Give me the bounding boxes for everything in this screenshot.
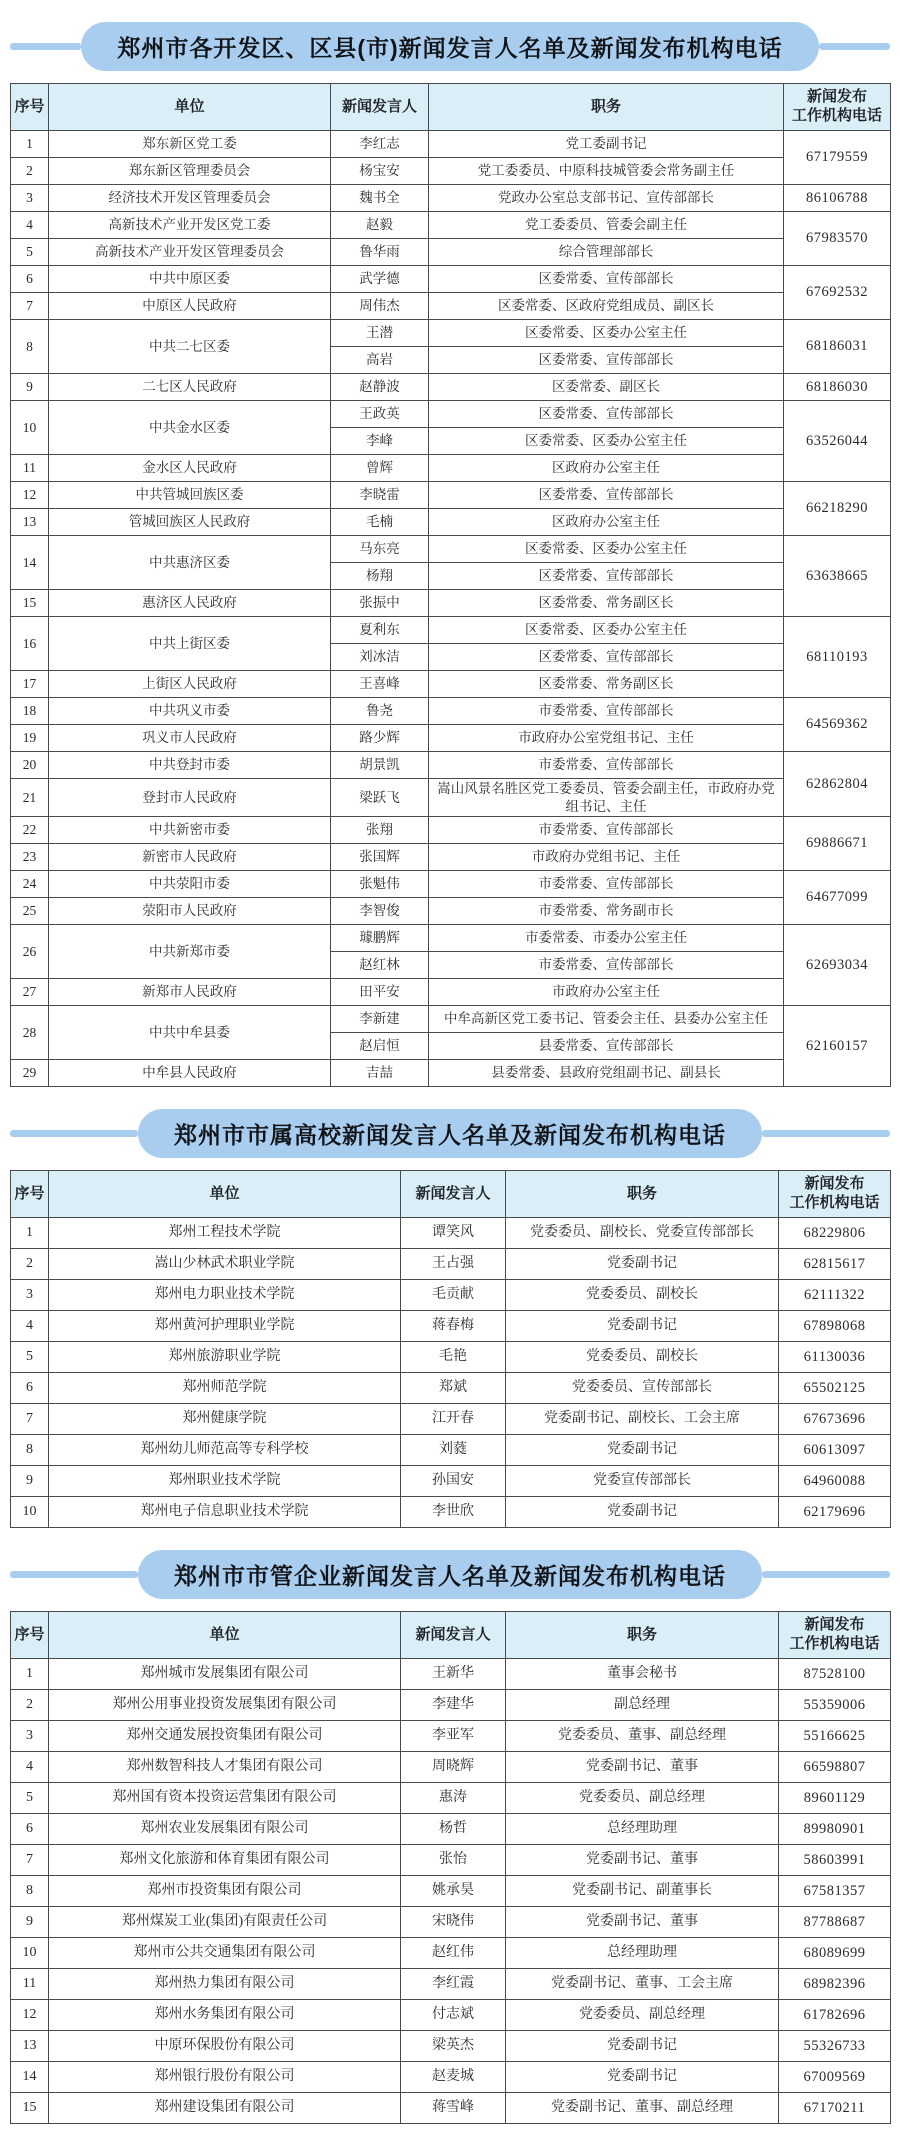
table-row: 3经济技术开发区管理委员会魏书全党政办公室总支部书记、宣传部部长86106788 (11, 185, 891, 212)
unit-cell: 郑州黄河护理职业学院 (49, 1311, 401, 1342)
unit-cell: 中共惠济区委 (49, 536, 331, 590)
table-row: 14郑州银行股份有限公司赵麦城党委副书记67009569 (11, 2062, 891, 2093)
spokesperson-cell: 高岩 (331, 347, 429, 374)
position-cell: 党委宣传部部长 (506, 1466, 779, 1497)
spokesperson-cell: 李红志 (331, 131, 429, 158)
spokesperson-cell: 郑斌 (401, 1373, 506, 1404)
row-number-cell: 3 (11, 1280, 49, 1311)
spokesperson-cell: 刘冰洁 (331, 644, 429, 671)
spokesperson-cell: 鲁华雨 (331, 239, 429, 266)
unit-cell: 郑州工程技术学院 (49, 1218, 401, 1249)
phone-cell: 89601129 (779, 1783, 891, 1814)
row-number-cell: 26 (11, 925, 49, 979)
table-row: 11金水区人民政府曾辉区政府办公室主任 (11, 455, 891, 482)
spokesperson-cell: 吉喆 (331, 1060, 429, 1087)
section-title-banner: 郑州市各开发区、区县(市)新闻发言人名单及新闻发布机构电话 (10, 22, 890, 71)
phone-cell: 62862804 (784, 752, 891, 817)
row-number-cell: 9 (11, 1907, 49, 1938)
phone-cell: 69886671 (784, 817, 891, 871)
phone-cell: 89980901 (779, 1814, 891, 1845)
spokesperson-cell: 梁英杰 (401, 2031, 506, 2062)
position-cell: 市委常委、宣传部部长 (429, 871, 784, 898)
table-row: 9郑州职业技术学院孙国安党委宣传部部长64960088 (11, 1466, 891, 1497)
table-row: 6郑州农业发展集团有限公司杨哲总经理助理89980901 (11, 1814, 891, 1845)
table-row: 10郑州市公共交通集团有限公司赵红伟总经理助理68089699 (11, 1938, 891, 1969)
spokesperson-cell: 张振中 (331, 590, 429, 617)
position-cell: 党工委委员、中原科技城管委会常务副主任 (429, 158, 784, 185)
spokesperson-cell: 璩鹏辉 (331, 925, 429, 952)
section-title-banner: 郑州市市属高校新闻发言人名单及新闻发布机构电话 (10, 1109, 890, 1158)
table-body: 1郑州城市发展集团有限公司王新华董事会秘书875281002郑州公用事业投资发展… (11, 1659, 891, 2124)
row-number-cell: 27 (11, 979, 49, 1006)
unit-cell: 郑州市投资集团有限公司 (49, 1876, 401, 1907)
spokesperson-cell: 赵启恒 (331, 1033, 429, 1060)
section-title: 郑州市市属高校新闻发言人名单及新闻发布机构电话 (138, 1109, 762, 1158)
section-title: 郑州市各开发区、区县(市)新闻发言人名单及新闻发布机构电话 (81, 22, 818, 71)
row-number-cell: 17 (11, 671, 49, 698)
phone-cell: 68089699 (779, 1938, 891, 1969)
table-row: 8中共二七区委王潜区委常委、区委办公室主任68186031 (11, 320, 891, 347)
table-row: 23新密市人民政府张国辉市政府办党组书记、主任 (11, 844, 891, 871)
table-row: 21登封市人民政府梁跃飞嵩山风景名胜区党工委委员、管委会副主任，市政府办党组书记… (11, 779, 891, 817)
position-cell: 副总经理 (506, 1690, 779, 1721)
phone-cell: 65502125 (779, 1373, 891, 1404)
row-number-cell: 9 (11, 374, 49, 401)
table-row: 14中共惠济区委马东亮区委常委、区委办公室主任63638665 (11, 536, 891, 563)
position-cell: 总经理助理 (506, 1814, 779, 1845)
table-row: 7郑州文化旅游和体育集团有限公司张怡党委副书记、董事58603991 (11, 1845, 891, 1876)
spokesperson-cell: 王喜峰 (331, 671, 429, 698)
position-cell: 区委常委、副区长 (429, 374, 784, 401)
phone-cell: 67692532 (784, 266, 891, 320)
phone-cell: 87788687 (779, 1907, 891, 1938)
phone-cell: 68110193 (784, 617, 891, 698)
spokesperson-table: 序号 单位 新闻发言人 职务 新闻发布 工作机构电话 1郑州城市发展集团有限公司… (10, 1611, 891, 2124)
position-cell: 区政府办公室主任 (429, 509, 784, 536)
spokesperson-cell: 张国辉 (331, 844, 429, 871)
spokesperson-cell: 毛贡献 (401, 1280, 506, 1311)
table-row: 1郑东新区党工委李红志党工委副书记67179559 (11, 131, 891, 158)
position-cell: 党委副书记 (506, 1311, 779, 1342)
unit-cell: 郑州电力职业技术学院 (49, 1280, 401, 1311)
row-number-cell: 11 (11, 455, 49, 482)
unit-cell: 中共中原区委 (49, 266, 331, 293)
phone-cell: 55326733 (779, 2031, 891, 2062)
position-cell: 党委副书记、董事、工会主席 (506, 1969, 779, 2000)
unit-cell: 郑东新区管理委员会 (49, 158, 331, 185)
phone-cell: 61782696 (779, 2000, 891, 2031)
phone-cell: 68186031 (784, 320, 891, 374)
row-number-cell: 1 (11, 131, 49, 158)
col-header-position: 职务 (506, 1612, 779, 1659)
row-number-cell: 10 (11, 401, 49, 455)
table-row: 24中共荥阳市委张魁伟市委常委、宣传部部长64677099 (11, 871, 891, 898)
table-row: 10中共金水区委王政英区委常委、宣传部部长63526044 (11, 401, 891, 428)
position-cell: 党委副书记、副董事长 (506, 1876, 779, 1907)
unit-cell: 郑东新区党工委 (49, 131, 331, 158)
spokesperson-cell: 周晓辉 (401, 1752, 506, 1783)
section-title-banner: 郑州市市管企业新闻发言人名单及新闻发布机构电话 (10, 1550, 890, 1599)
page: 郑州市各开发区、区县(市)新闻发言人名单及新闻发布机构电话 序号 单位 新闻发言… (10, 0, 890, 2136)
phone-cell: 62179696 (779, 1497, 891, 1528)
table-row: 17上街区人民政府王喜峰区委常委、常务副区长 (11, 671, 891, 698)
header-row: 序号 单位 新闻发言人 职务 新闻发布 工作机构电话 (11, 84, 891, 131)
table-row: 20中共登封市委胡景凯市委常委、宣传部部长62862804 (11, 752, 891, 779)
position-cell: 党委副书记 (506, 1497, 779, 1528)
position-cell: 市委常委、宣传部部长 (429, 752, 784, 779)
unit-cell: 郑州幼儿师范高等专科学校 (49, 1435, 401, 1466)
position-cell: 区委常委、常务副区长 (429, 671, 784, 698)
spokesperson-cell: 蒋雪峰 (401, 2093, 506, 2124)
unit-cell: 金水区人民政府 (49, 455, 331, 482)
unit-cell: 中原环保股份有限公司 (49, 2031, 401, 2062)
position-cell: 党委副书记 (506, 2062, 779, 2093)
row-number-cell: 4 (11, 1752, 49, 1783)
row-number-cell: 1 (11, 1218, 49, 1249)
col-header-position: 职务 (429, 84, 784, 131)
position-cell: 嵩山风景名胜区党工委委员、管委会副主任，市政府办党组书记、主任 (429, 779, 784, 817)
row-number-cell: 14 (11, 2062, 49, 2093)
phone-cell: 68186030 (784, 374, 891, 401)
table-row: 28中共中牟县委李新建中牟高新区党工委书记、管委会主任、县委办公室主任62160… (11, 1006, 891, 1033)
row-number-cell: 10 (11, 1938, 49, 1969)
phone-cell: 62815617 (779, 1249, 891, 1280)
spokesperson-cell: 蒋春梅 (401, 1311, 506, 1342)
phone-cell: 58603991 (779, 1845, 891, 1876)
position-cell: 区委常委、区委办公室主任 (429, 320, 784, 347)
spokesperson-table: 序号 单位 新闻发言人 职务 新闻发布 工作机构电话 1郑东新区党工委李红志党工… (10, 83, 891, 1087)
section-universities-table: 郑州市市属高校新闻发言人名单及新闻发布机构电话 序号 单位 新闻发言人 职务 新… (10, 1109, 890, 1528)
row-number-cell: 7 (11, 293, 49, 320)
phone-cell: 55359006 (779, 1690, 891, 1721)
col-header-position: 职务 (506, 1171, 779, 1218)
row-number-cell: 6 (11, 1373, 49, 1404)
position-cell: 市委常委、常务副市长 (429, 898, 784, 925)
unit-cell: 新密市人民政府 (49, 844, 331, 871)
unit-cell: 郑州银行股份有限公司 (49, 2062, 401, 2093)
unit-cell: 嵩山少林武术职业学院 (49, 1249, 401, 1280)
unit-cell: 新郑市人民政府 (49, 979, 331, 1006)
row-number-cell: 12 (11, 2000, 49, 2031)
row-number-cell: 11 (11, 1969, 49, 2000)
col-header-phone: 新闻发布 工作机构电话 (784, 84, 891, 131)
spokesperson-cell: 李新建 (331, 1006, 429, 1033)
unit-cell: 惠济区人民政府 (49, 590, 331, 617)
header-row: 序号 单位 新闻发言人 职务 新闻发布 工作机构电话 (11, 1612, 891, 1659)
table-body: 1郑东新区党工委李红志党工委副书记671795592郑东新区管理委员会杨宝安党工… (11, 131, 891, 1087)
position-cell: 区政府办公室主任 (429, 455, 784, 482)
phone-cell: 67170211 (779, 2093, 891, 2124)
unit-cell: 高新技术产业开发区党工委 (49, 212, 331, 239)
phone-cell: 67581357 (779, 1876, 891, 1907)
position-cell: 董事会秘书 (506, 1659, 779, 1690)
unit-cell: 郑州师范学院 (49, 1373, 401, 1404)
position-cell: 区委常委、宣传部部长 (429, 401, 784, 428)
phone-cell: 67179559 (784, 131, 891, 185)
spokesperson-cell: 付志斌 (401, 2000, 506, 2031)
unit-cell: 中共新郑市委 (49, 925, 331, 979)
table-row: 16中共上街区委夏利东区委常委、区委办公室主任68110193 (11, 617, 891, 644)
spokesperson-cell: 毛艳 (401, 1342, 506, 1373)
unit-cell: 经济技术开发区管理委员会 (49, 185, 331, 212)
unit-cell: 郑州热力集团有限公司 (49, 1969, 401, 2000)
row-number-cell: 15 (11, 2093, 49, 2124)
table-row: 1郑州城市发展集团有限公司王新华董事会秘书87528100 (11, 1659, 891, 1690)
phone-cell: 63526044 (784, 401, 891, 482)
phone-cell: 62160157 (784, 1006, 891, 1087)
spokesperson-cell: 李红霞 (401, 1969, 506, 2000)
unit-cell: 中共管城回族区委 (49, 482, 331, 509)
position-cell: 区委常委、区委办公室主任 (429, 536, 784, 563)
spokesperson-cell: 曾辉 (331, 455, 429, 482)
spokesperson-cell: 刘蕤 (401, 1435, 506, 1466)
spokesperson-cell: 武学德 (331, 266, 429, 293)
unit-cell: 郑州农业发展集团有限公司 (49, 1814, 401, 1845)
position-cell: 党委委员、副总经理 (506, 1783, 779, 1814)
phone-cell: 62111322 (779, 1280, 891, 1311)
table-row: 8郑州市投资集团有限公司姚承昊党委副书记、副董事长67581357 (11, 1876, 891, 1907)
position-cell: 党工委副书记 (429, 131, 784, 158)
table-row: 26中共新郑市委璩鹏辉市委常委、市委办公室主任62693034 (11, 925, 891, 952)
unit-cell: 郑州电子信息职业技术学院 (49, 1497, 401, 1528)
unit-cell: 中共新密市委 (49, 817, 331, 844)
unit-cell: 郑州职业技术学院 (49, 1466, 401, 1497)
spokesperson-cell: 李晓雷 (331, 482, 429, 509)
spokesperson-cell: 赵麦城 (401, 2062, 506, 2093)
col-header-phone: 新闻发布 工作机构电话 (779, 1171, 891, 1218)
spokesperson-cell: 张翔 (331, 817, 429, 844)
table-row: 5郑州国有资本投资运营集团有限公司惠涛党委委员、副总经理89601129 (11, 1783, 891, 1814)
position-cell: 综合管理部部长 (429, 239, 784, 266)
spokesperson-cell: 杨翔 (331, 563, 429, 590)
unit-cell: 荥阳市人民政府 (49, 898, 331, 925)
spokesperson-cell: 姚承昊 (401, 1876, 506, 1907)
row-number-cell: 4 (11, 212, 49, 239)
unit-cell: 郑州水务集团有限公司 (49, 2000, 401, 2031)
unit-cell: 中共荥阳市委 (49, 871, 331, 898)
position-cell: 市委常委、市委办公室主任 (429, 925, 784, 952)
spokesperson-cell: 赵红伟 (401, 1938, 506, 1969)
table-row: 4高新技术产业开发区党工委赵毅党工委委员、管委会副主任67983570 (11, 212, 891, 239)
position-cell: 中牟高新区党工委书记、管委会主任、县委办公室主任 (429, 1006, 784, 1033)
unit-cell: 上街区人民政府 (49, 671, 331, 698)
col-header-unit: 单位 (49, 1171, 401, 1218)
spokesperson-cell: 孙国安 (401, 1466, 506, 1497)
unit-cell: 中共登封市委 (49, 752, 331, 779)
spokesperson-cell: 毛楠 (331, 509, 429, 536)
position-cell: 党委委员、副校长 (506, 1342, 779, 1373)
phone-cell: 67673696 (779, 1404, 891, 1435)
col-header-unit: 单位 (49, 1612, 401, 1659)
spokesperson-cell: 李世欣 (401, 1497, 506, 1528)
row-number-cell: 7 (11, 1845, 49, 1876)
spokesperson-cell: 李亚军 (401, 1721, 506, 1752)
table-row: 9二七区人民政府赵静波区委常委、副区长68186030 (11, 374, 891, 401)
banner-line-left (10, 43, 81, 50)
row-number-cell: 8 (11, 1876, 49, 1907)
table-row: 13管城回族区人民政府毛楠区政府办公室主任 (11, 509, 891, 536)
table-header: 序号 单位 新闻发言人 职务 新闻发布 工作机构电话 (11, 1612, 891, 1659)
phone-cell: 67009569 (779, 2062, 891, 2093)
row-number-cell: 20 (11, 752, 49, 779)
position-cell: 区委常委、常务副区长 (429, 590, 784, 617)
position-cell: 市政府办公室党组书记、主任 (429, 725, 784, 752)
spokesperson-cell: 宋晓伟 (401, 1907, 506, 1938)
position-cell: 党委委员、副校长、党委宣传部部长 (506, 1218, 779, 1249)
table-row: 5郑州旅游职业学院毛艳党委委员、副校长61130036 (11, 1342, 891, 1373)
row-number-cell: 13 (11, 2031, 49, 2062)
position-cell: 党委副书记 (506, 2031, 779, 2062)
table-row: 2郑东新区管理委员会杨宝安党工委委员、中原科技城管委会常务副主任 (11, 158, 891, 185)
phone-cell: 68982396 (779, 1969, 891, 2000)
row-number-cell: 12 (11, 482, 49, 509)
position-cell: 党工委委员、管委会副主任 (429, 212, 784, 239)
table-row: 3郑州电力职业技术学院毛贡献党委委员、副校长62111322 (11, 1280, 891, 1311)
position-cell: 市委常委、宣传部部长 (429, 817, 784, 844)
row-number-cell: 3 (11, 1721, 49, 1752)
unit-cell: 郑州城市发展集团有限公司 (49, 1659, 401, 1690)
table-row: 7中原区人民政府周伟杰区委常委、区政府党组成员、副区长 (11, 293, 891, 320)
spokesperson-cell: 惠涛 (401, 1783, 506, 1814)
row-number-cell: 24 (11, 871, 49, 898)
table-row: 10郑州电子信息职业技术学院李世欣党委副书记62179696 (11, 1497, 891, 1528)
unit-cell: 中共中牟县委 (49, 1006, 331, 1060)
row-number-cell: 1 (11, 1659, 49, 1690)
col-header-phone: 新闻发布 工作机构电话 (779, 1612, 891, 1659)
row-number-cell: 9 (11, 1466, 49, 1497)
position-cell: 党委副书记 (506, 1249, 779, 1280)
position-cell: 区委常委、区政府党组成员、副区长 (429, 293, 784, 320)
row-number-cell: 2 (11, 1690, 49, 1721)
row-number-cell: 23 (11, 844, 49, 871)
spokesperson-cell: 周伟杰 (331, 293, 429, 320)
phone-cell: 86106788 (784, 185, 891, 212)
table-row: 25荥阳市人民政府李智俊市委常委、常务副市长 (11, 898, 891, 925)
row-number-cell: 2 (11, 158, 49, 185)
row-number-cell: 6 (11, 1814, 49, 1845)
position-cell: 县委常委、县政府党组副书记、副县长 (429, 1060, 784, 1087)
unit-cell: 高新技术产业开发区管理委员会 (49, 239, 331, 266)
unit-cell: 郑州文化旅游和体育集团有限公司 (49, 1845, 401, 1876)
position-cell: 区委常委、宣传部部长 (429, 482, 784, 509)
spokesperson-cell: 马东亮 (331, 536, 429, 563)
spokesperson-cell: 杨哲 (401, 1814, 506, 1845)
table-row: 5高新技术产业开发区管理委员会鲁华雨综合管理部部长 (11, 239, 891, 266)
position-cell: 党委副书记、董事 (506, 1752, 779, 1783)
spokesperson-cell: 张魁伟 (331, 871, 429, 898)
table-row: 11郑州热力集团有限公司李红霞党委副书记、董事、工会主席68982396 (11, 1969, 891, 2000)
row-number-cell: 6 (11, 266, 49, 293)
spokesperson-cell: 胡景凯 (331, 752, 429, 779)
table-row: 9郑州煤炭工业(集团)有限责任公司宋晓伟党委副书记、董事87788687 (11, 1907, 891, 1938)
row-number-cell: 22 (11, 817, 49, 844)
unit-cell: 登封市人民政府 (49, 779, 331, 817)
spokesperson-cell: 赵毅 (331, 212, 429, 239)
position-cell: 党委副书记 (506, 1435, 779, 1466)
table-row: 2郑州公用事业投资发展集团有限公司李建华副总经理55359006 (11, 1690, 891, 1721)
spokesperson-cell: 王占强 (401, 1249, 506, 1280)
spokesperson-cell: 张怡 (401, 1845, 506, 1876)
table-row: 22中共新密市委张翔市委常委、宣传部部长69886671 (11, 817, 891, 844)
col-header-no: 序号 (11, 1171, 49, 1218)
position-cell: 党委委员、副校长 (506, 1280, 779, 1311)
phone-cell: 64960088 (779, 1466, 891, 1497)
phone-cell: 67983570 (784, 212, 891, 266)
phone-cell: 67898068 (779, 1311, 891, 1342)
row-number-cell: 5 (11, 1783, 49, 1814)
spokesperson-cell: 谭笑风 (401, 1218, 506, 1249)
table-row: 13中原环保股份有限公司梁英杰党委副书记55326733 (11, 2031, 891, 2062)
row-number-cell: 29 (11, 1060, 49, 1087)
banner-line-right (762, 1130, 890, 1137)
col-header-no: 序号 (11, 84, 49, 131)
spokesperson-cell: 梁跃飞 (331, 779, 429, 817)
row-number-cell: 14 (11, 536, 49, 590)
unit-cell: 郑州健康学院 (49, 1404, 401, 1435)
spokesperson-cell: 赵静波 (331, 374, 429, 401)
table-row: 18中共巩义市委鲁尧市委常委、宣传部部长64569362 (11, 698, 891, 725)
spokesperson-cell: 鲁尧 (331, 698, 429, 725)
position-cell: 党委委员、宣传部部长 (506, 1373, 779, 1404)
phone-cell: 66598807 (779, 1752, 891, 1783)
position-cell: 党委委员、董事、副总经理 (506, 1721, 779, 1752)
position-cell: 党委副书记、董事 (506, 1845, 779, 1876)
unit-cell: 中共金水区委 (49, 401, 331, 455)
position-cell: 市政府办党组书记、主任 (429, 844, 784, 871)
col-header-no: 序号 (11, 1612, 49, 1659)
phone-cell: 64569362 (784, 698, 891, 752)
table-row: 6中共中原区委武学德区委常委、宣传部部长67692532 (11, 266, 891, 293)
table-row: 4郑州数智科技人才集团有限公司周晓辉党委副书记、董事66598807 (11, 1752, 891, 1783)
position-cell: 党委副书记、董事 (506, 1907, 779, 1938)
position-cell: 区委常委、宣传部部长 (429, 266, 784, 293)
position-cell: 区委常委、区委办公室主任 (429, 428, 784, 455)
spokesperson-cell: 夏利东 (331, 617, 429, 644)
table-row: 12中共管城回族区委李晓雷区委常委、宣传部部长66218290 (11, 482, 891, 509)
table-header: 序号 单位 新闻发言人 职务 新闻发布 工作机构电话 (11, 1171, 891, 1218)
phone-cell: 64677099 (784, 871, 891, 925)
spokesperson-cell: 李建华 (401, 1690, 506, 1721)
position-cell: 市政府办公室主任 (429, 979, 784, 1006)
position-cell: 党委委员、副总经理 (506, 2000, 779, 2031)
unit-cell: 中共二七区委 (49, 320, 331, 374)
row-number-cell: 15 (11, 590, 49, 617)
unit-cell: 郑州煤炭工业(集团)有限责任公司 (49, 1907, 401, 1938)
phone-cell: 61130036 (779, 1342, 891, 1373)
position-cell: 党委副书记、董事、副总经理 (506, 2093, 779, 2124)
table-row: 8郑州幼儿师范高等专科学校刘蕤党委副书记60613097 (11, 1435, 891, 1466)
unit-cell: 巩义市人民政府 (49, 725, 331, 752)
position-cell: 市委常委、宣传部部长 (429, 952, 784, 979)
spokesperson-cell: 魏书全 (331, 185, 429, 212)
unit-cell: 郑州交通发展投资集团有限公司 (49, 1721, 401, 1752)
unit-cell: 二七区人民政府 (49, 374, 331, 401)
unit-cell: 中共巩义市委 (49, 698, 331, 725)
row-number-cell: 8 (11, 1435, 49, 1466)
unit-cell: 中共上街区委 (49, 617, 331, 671)
section-title: 郑州市市管企业新闻发言人名单及新闻发布机构电话 (138, 1550, 762, 1599)
row-number-cell: 10 (11, 1497, 49, 1528)
position-cell: 区委常委、宣传部部长 (429, 563, 784, 590)
unit-cell: 郑州国有资本投资运营集团有限公司 (49, 1783, 401, 1814)
row-number-cell: 18 (11, 698, 49, 725)
table-row: 15郑州建设集团有限公司蒋雪峰党委副书记、董事、副总经理67170211 (11, 2093, 891, 2124)
row-number-cell: 3 (11, 185, 49, 212)
table-row: 1郑州工程技术学院谭笑风党委委员、副校长、党委宣传部部长68229806 (11, 1218, 891, 1249)
row-number-cell: 16 (11, 617, 49, 671)
row-number-cell: 5 (11, 239, 49, 266)
position-cell: 市委常委、宣传部部长 (429, 698, 784, 725)
